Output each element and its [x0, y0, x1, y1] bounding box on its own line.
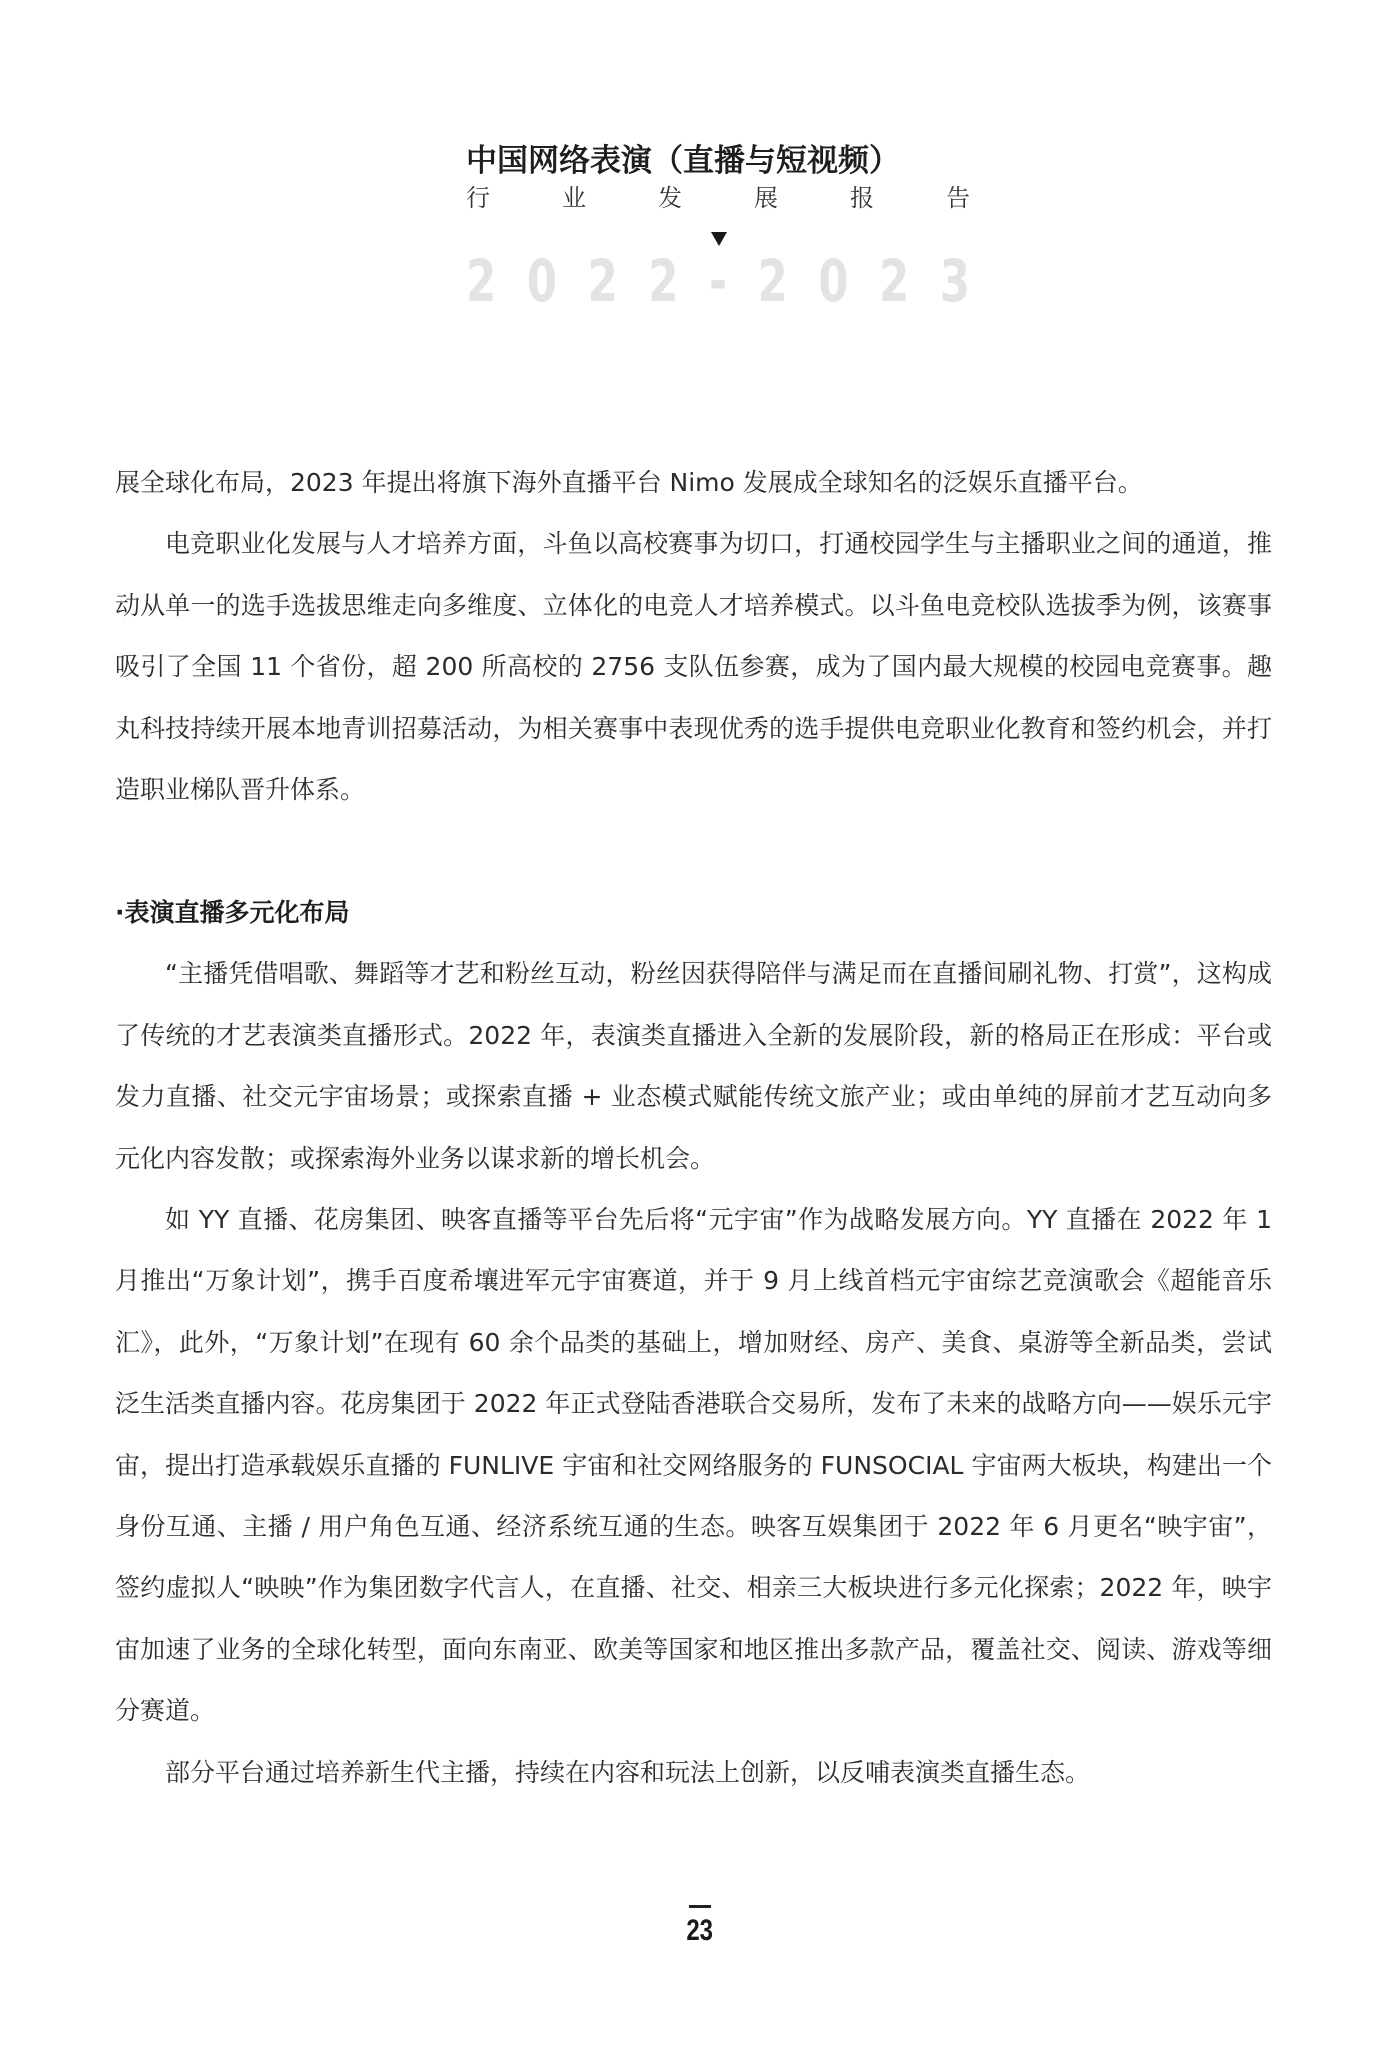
year-char: 3 [940, 248, 970, 314]
report-years: 2 0 2 2 - 2 0 2 3 [466, 248, 970, 314]
report-header: 中国网络表演（直播与短视频） 行 业 发 展 报 告 2 0 2 2 - 2 0… [466, 140, 970, 214]
paragraph: 部分平台通过培养新生代主播，持续在内容和玩法上创新，以反哺表演类直播生态。 [115, 1742, 1272, 1803]
year-char: 2 [879, 248, 909, 314]
year-char: 2 [757, 248, 787, 314]
paragraph: 电竞职业化发展与人才培养方面，斗鱼以高校赛事为切口，打通校园学生与主播职业之间的… [115, 513, 1272, 820]
year-char: 2 [587, 248, 617, 314]
paragraph: 如 YY 直播、花房集团、映客直播等平台先后将“元宇宙”作为战略发展方向。YY … [115, 1189, 1272, 1742]
year-char: 0 [527, 248, 557, 314]
document-body: 展全球化布局，2023 年提出将旗下海外直播平台 Nimo 发展成全球知名的泛娱… [115, 452, 1272, 1803]
subtitle-char: 告 [946, 182, 970, 214]
year-char: - [709, 248, 727, 314]
paragraph: 展全球化布局，2023 年提出将旗下海外直播平台 Nimo 发展成全球知名的泛娱… [115, 452, 1272, 513]
year-char: 2 [466, 248, 496, 314]
subtitle-char: 业 [562, 182, 586, 214]
triangle-down-icon [711, 232, 727, 246]
report-title: 中国网络表演（直播与短视频） [466, 140, 970, 182]
page-number-rule [689, 1905, 711, 1908]
subtitle-char: 报 [850, 182, 874, 214]
subtitle-char: 行 [466, 182, 490, 214]
year-char: 0 [818, 248, 848, 314]
subtitle-char: 发 [658, 182, 682, 214]
report-subtitle: 行 业 发 展 报 告 [466, 182, 970, 214]
page-footer: 23 [0, 1905, 1400, 1948]
section-heading: ·表演直播多元化布局 [115, 882, 1272, 943]
subtitle-char: 展 [754, 182, 778, 214]
paragraph: “主播凭借唱歌、舞蹈等才艺和粉丝互动，粉丝因获得陪伴与满足而在直播间刷礼物、打赏… [115, 943, 1272, 1189]
year-char: 2 [648, 248, 678, 314]
page-number: 23 [687, 1914, 714, 1948]
